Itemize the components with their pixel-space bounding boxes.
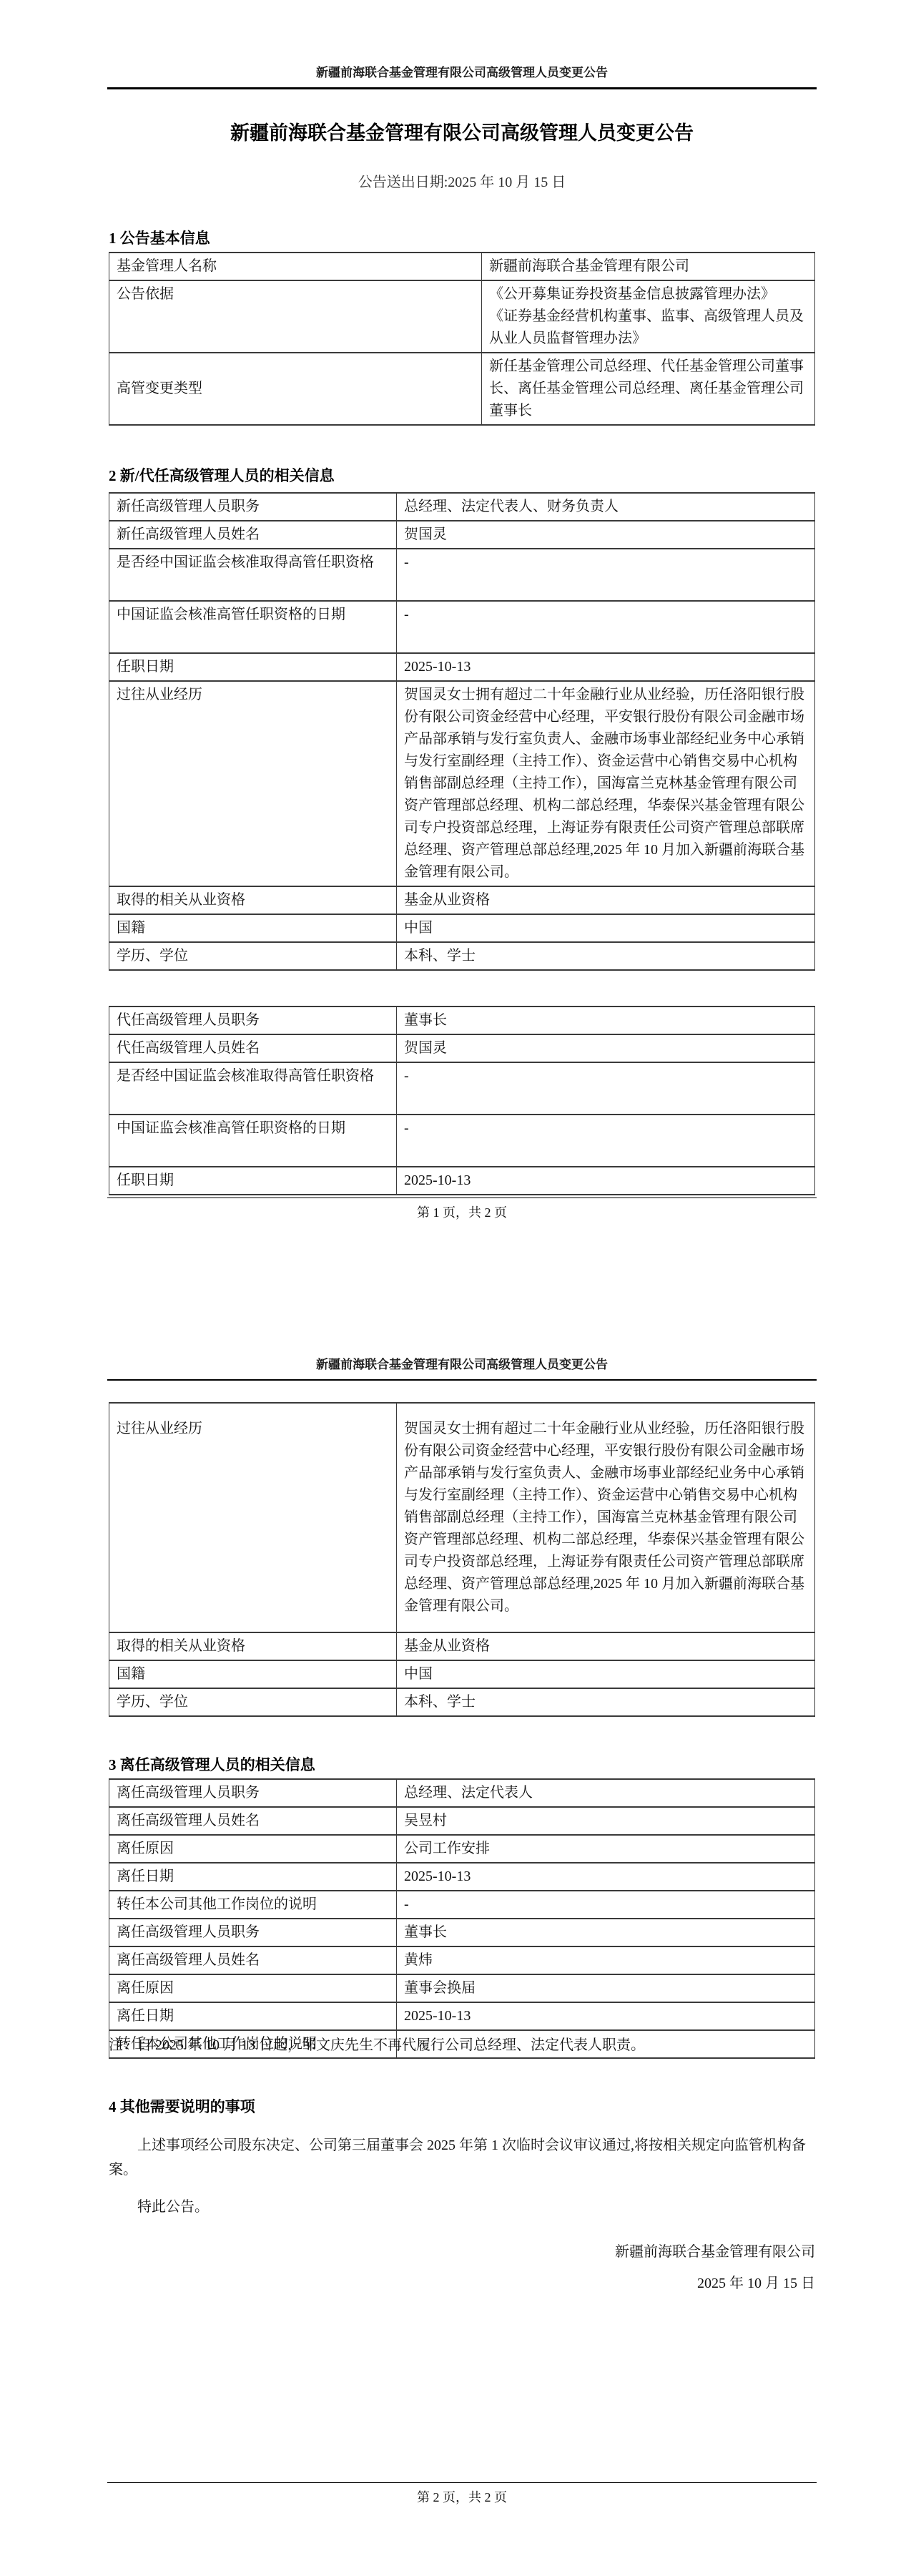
row-label: 基金管理人名称	[109, 253, 482, 280]
row-value: -	[397, 1115, 815, 1167]
signature-company: 新疆前海联合基金管理有限公司	[109, 2236, 815, 2268]
table-row: 公告依据 《公开募集证券投资基金信息披露管理办法》 《证券基金经营机构董事、监事…	[109, 280, 815, 353]
table-row: 任职日期 2025-10-13	[109, 1167, 815, 1195]
table-row: 离任原因 公司工作安排	[109, 1835, 815, 1863]
table-row: 国籍 中国	[109, 914, 815, 942]
row-value: 吴昱村	[397, 1807, 815, 1835]
row-label: 离任高级管理人员姓名	[109, 1807, 397, 1835]
table-row: 代任高级管理人员姓名 贺国灵	[109, 1034, 815, 1062]
table-row: 离任日期 2025-10-13	[109, 2002, 815, 2030]
section4-closing: 特此公告。	[109, 2195, 815, 2219]
row-label: 公告依据	[109, 280, 482, 353]
row-label: 新任高级管理人员职务	[109, 493, 397, 521]
table-row: 过往从业经历 贺国灵女士拥有超过二十年金融行业从业经验，历任洛阳银行股份有限公司…	[109, 681, 815, 886]
row-value: 2025-10-13	[397, 653, 815, 681]
announcement-document: 新疆前海联合基金管理有限公司高级管理人员变更公告 新疆前海联合基金管理有限公司高…	[0, 0, 911, 2576]
row-value: -	[397, 1891, 815, 1919]
row-value: 中国	[397, 914, 815, 942]
announcement-date-line: 公告送出日期:2025 年 10 月 15 日	[109, 172, 815, 193]
row-label: 新任高级管理人员姓名	[109, 521, 397, 549]
page1-running-header: 新疆前海联合基金管理有限公司高级管理人员变更公告	[109, 64, 815, 82]
row-value: 贺国灵	[397, 1034, 815, 1062]
row-label: 离任高级管理人员姓名	[109, 1946, 397, 1974]
row-value: -	[397, 601, 815, 653]
row-label: 是否经中国证监会核准取得高管任职资格	[109, 549, 397, 601]
table-row: 是否经中国证监会核准取得高管任职资格 -	[109, 549, 815, 601]
table-row: 学历、学位 本科、学士	[109, 942, 815, 970]
row-label: 高管变更类型	[109, 353, 482, 425]
row-label: 任职日期	[109, 653, 397, 681]
table-row: 国籍 中国	[109, 1660, 815, 1688]
row-value: 黄炜	[397, 1946, 815, 1974]
row-label: 国籍	[109, 1660, 397, 1688]
row-value: 董事长	[397, 1007, 815, 1034]
page2-footer: 第 2 页，共 2 页	[109, 2488, 815, 2507]
table-row: 转任本公司其他工作岗位的说明 -	[109, 1891, 815, 1919]
document-title: 新疆前海联合基金管理有限公司高级管理人员变更公告	[109, 119, 815, 147]
row-value: 2025-10-13	[397, 1167, 815, 1195]
row-value: 董事长	[397, 1919, 815, 1946]
row-value: 总经理、法定代表人	[397, 1779, 815, 1807]
row-label: 转任本公司其他工作岗位的说明	[109, 1891, 397, 1919]
section3-note: 注：自 2025 年 10 月 13 日起，邹文庆先生不再代履行公司总经理、法定…	[109, 2034, 815, 2056]
table-row: 新任高级管理人员姓名 贺国灵	[109, 521, 815, 549]
basis-line: 《公开募集证券投资基金信息披露管理办法》	[489, 283, 807, 305]
row-label: 离任高级管理人员职务	[109, 1779, 397, 1807]
row-label: 离任原因	[109, 1835, 397, 1863]
new-manager-table: 新任高级管理人员职务 总经理、法定代表人、财务负责人 新任高级管理人员姓名 贺国…	[109, 492, 815, 971]
row-label: 国籍	[109, 914, 397, 942]
section2-heading: 2 新/代任高级管理人员的相关信息	[109, 465, 815, 486]
table-row: 中国证监会核准高管任职资格的日期 -	[109, 601, 815, 653]
table-row: 离任高级管理人员姓名 吴昱村	[109, 1807, 815, 1835]
table-row: 新任高级管理人员职务 总经理、法定代表人、财务负责人	[109, 493, 815, 521]
page1-footer-rule	[107, 1198, 817, 1198]
row-label: 离任高级管理人员职务	[109, 1919, 397, 1946]
row-value: 2025-10-13	[397, 1863, 815, 1891]
row-value: 《公开募集证券投资基金信息披露管理办法》 《证券基金经营机构董事、监事、高级管理…	[482, 280, 815, 353]
row-label: 任职日期	[109, 1167, 397, 1195]
page1-footer: 第 1 页，共 2 页	[109, 1203, 815, 1222]
acting-manager-table-continued: 过往从业经历 贺国灵女士拥有超过二十年金融行业从业经验，历任洛阳银行股份有限公司…	[109, 1402, 815, 1717]
table-row: 基金管理人名称 新疆前海联合基金管理有限公司	[109, 253, 815, 280]
row-value: 基金从业资格	[397, 1632, 815, 1660]
row-label: 离任原因	[109, 1974, 397, 2002]
row-label: 过往从业经历	[109, 1403, 397, 1632]
table-row: 取得的相关从业资格 基金从业资格	[109, 886, 815, 914]
departing-manager-table: 离任高级管理人员职务 总经理、法定代表人 离任高级管理人员姓名 吴昱村 离任原因…	[109, 1778, 815, 2059]
row-label: 学历、学位	[109, 942, 397, 970]
table-row: 取得的相关从业资格 基金从业资格	[109, 1632, 815, 1660]
table-row: 代任高级管理人员职务 董事长	[109, 1007, 815, 1034]
signature-block: 新疆前海联合基金管理有限公司 2025 年 10 月 15 日	[109, 2236, 818, 2299]
table-row: 中国证监会核准高管任职资格的日期 -	[109, 1115, 815, 1167]
section4-heading: 4 其他需要说明的事项	[109, 2096, 815, 2117]
table-row: 离任日期 2025-10-13	[109, 1863, 815, 1891]
page1-header-rule	[107, 87, 817, 89]
row-value: 贺国灵	[397, 521, 815, 549]
row-value: 新任基金管理公司总经理、代任基金管理公司董事长、离任基金管理公司总经理、离任基金…	[482, 353, 815, 425]
row-label: 代任高级管理人员职务	[109, 1007, 397, 1034]
row-value: -	[397, 549, 815, 601]
row-label: 中国证监会核准高管任职资格的日期	[109, 601, 397, 653]
row-label: 离任日期	[109, 2002, 397, 2030]
page2-running-header: 新疆前海联合基金管理有限公司高级管理人员变更公告	[109, 1356, 815, 1373]
row-label: 取得的相关从业资格	[109, 1632, 397, 1660]
basic-info-table: 基金管理人名称 新疆前海联合基金管理有限公司 公告依据 《公开募集证券投资基金信…	[109, 252, 815, 426]
row-value: 中国	[397, 1660, 815, 1688]
table-row: 是否经中国证监会核准取得高管任职资格 -	[109, 1062, 815, 1115]
row-value-bio: 贺国灵女士拥有超过二十年金融行业从业经验，历任洛阳银行股份有限公司资金经营中心经…	[397, 681, 815, 886]
section3-heading: 3 离任高级管理人员的相关信息	[109, 1754, 815, 1776]
signature-date: 2025 年 10 月 15 日	[109, 2268, 815, 2299]
row-value: -	[397, 1062, 815, 1115]
row-value: 董事会换届	[397, 1974, 815, 2002]
row-label: 取得的相关从业资格	[109, 886, 397, 914]
table-row: 离任高级管理人员职务 总经理、法定代表人	[109, 1779, 815, 1807]
row-value: 本科、学士	[397, 942, 815, 970]
page2-footer-rule	[107, 2482, 817, 2483]
row-value: 总经理、法定代表人、财务负责人	[397, 493, 815, 521]
row-value: 本科、学士	[397, 1688, 815, 1716]
row-label: 过往从业经历	[109, 681, 397, 886]
row-label: 离任日期	[109, 1863, 397, 1891]
row-label: 学历、学位	[109, 1688, 397, 1716]
row-value: 2025-10-13	[397, 2002, 815, 2030]
section4-paragraph: 上述事项经公司股东决定、公司第三届董事会 2025 年第 1 次临时会议审议通过…	[109, 2133, 815, 2182]
table-row: 离任高级管理人员职务 董事长	[109, 1919, 815, 1946]
table-row: 学历、学位 本科、学士	[109, 1688, 815, 1716]
table-row: 离任高级管理人员姓名 黄炜	[109, 1946, 815, 1974]
acting-manager-table: 代任高级管理人员职务 董事长 代任高级管理人员姓名 贺国灵 是否经中国证监会核准…	[109, 1006, 815, 1195]
row-value: 新疆前海联合基金管理有限公司	[482, 253, 815, 280]
row-value: 基金从业资格	[397, 886, 815, 914]
table-row: 任职日期 2025-10-13	[109, 653, 815, 681]
table-row: 高管变更类型 新任基金管理公司总经理、代任基金管理公司董事长、离任基金管理公司总…	[109, 353, 815, 425]
row-value-bio: 贺国灵女士拥有超过二十年金融行业从业经验，历任洛阳银行股份有限公司资金经营中心经…	[397, 1403, 815, 1632]
page2-header-rule	[107, 1379, 817, 1381]
section1-heading: 1 公告基本信息	[109, 227, 815, 249]
row-label: 代任高级管理人员姓名	[109, 1034, 397, 1062]
row-value: 公司工作安排	[397, 1835, 815, 1863]
table-row: 过往从业经历 贺国灵女士拥有超过二十年金融行业从业经验，历任洛阳银行股份有限公司…	[109, 1403, 815, 1632]
row-label: 中国证监会核准高管任职资格的日期	[109, 1115, 397, 1167]
basis-line: 《证券基金经营机构董事、监事、高级管理人员及从业人员监督管理办法》	[489, 305, 807, 350]
table-row: 离任原因 董事会换届	[109, 1974, 815, 2002]
row-label: 是否经中国证监会核准取得高管任职资格	[109, 1062, 397, 1115]
